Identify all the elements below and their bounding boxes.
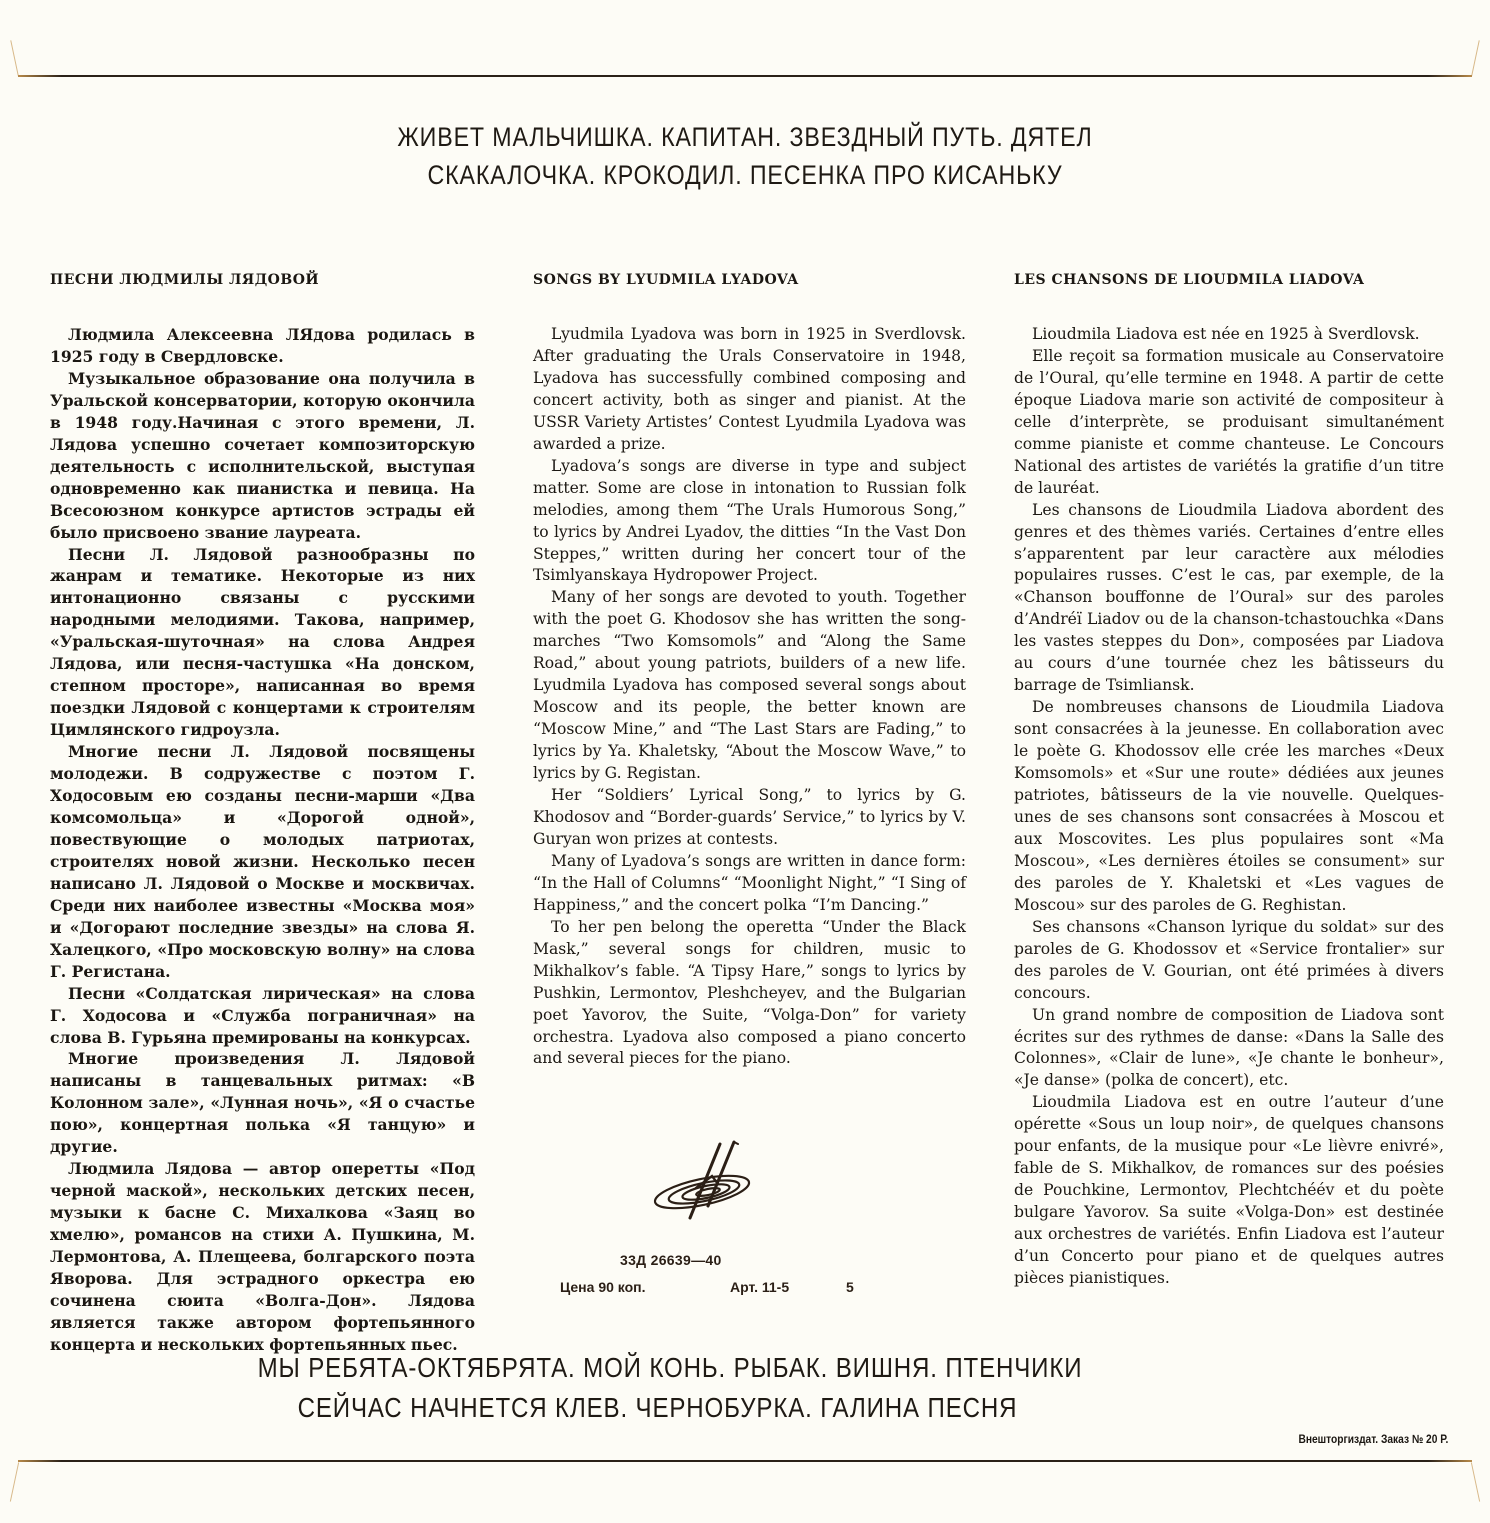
- paragraph: Lyudmila Lyadova was born in 1925 in Sve…: [533, 324, 966, 456]
- paragraph: Les chansons de Lioudmila Liadova aborde…: [1014, 500, 1444, 698]
- paragraph: To her pen belong the operetta “Under th…: [533, 917, 966, 1071]
- russian-heading: ПЕСНИ ЛЮДМИЛЫ ЛЯДОВОЙ: [50, 268, 475, 292]
- footer-titles-line-1: МЫ РЕБЯТА-ОКТЯБРЯТА. МОЙ КОНЬ. РЫБАК. ВИ…: [0, 1348, 1375, 1388]
- article-number: Арт. 11-5: [730, 1279, 789, 1295]
- paragraph: Многие песни Л. Лядовой посвящены моло­д…: [50, 741, 475, 982]
- paragraph: Lyadova’s songs are diverse in type and …: [533, 456, 966, 588]
- paragraph: Ses chansons «Chanson lyrique du soldat»…: [1014, 917, 1444, 1005]
- song-titles-footer: МЫ РЕБЯТА-ОКТЯБРЯТА. МОЙ КОНЬ. РЫБАК. ВИ…: [0, 1348, 1490, 1428]
- french-heading: LES CHANSONS DE LIOUDMILA LIADOVA: [1014, 268, 1444, 292]
- french-column: LES CHANSONS DE LIOUDMILA LIADOVA Lioudm…: [1014, 268, 1444, 1290]
- sleeve-fold-top-left: [10, 40, 18, 75]
- paragraph: Песни «Солдатская лирическая» на слова Г…: [50, 983, 475, 1049]
- price: Цена 90 коп.: [560, 1279, 646, 1295]
- bottom-divider: [18, 1460, 1472, 1462]
- paragraph: Многие произведения Л. Лядовой написаны …: [50, 1048, 475, 1158]
- paragraph: Музыкальное образование она получила в У…: [50, 368, 475, 544]
- footer-titles-line-2: СЕЙЧАС НАЧНЕТСЯ КЛЕВ. ЧЕРНОБУРКА. ГАЛИНА…: [0, 1388, 1373, 1428]
- paragraph: Many of her songs are devoted to youth. …: [533, 587, 966, 785]
- paragraph: Песни Л. Лядовой разнообразны по жанрам …: [50, 544, 475, 742]
- song-titles-line-1: ЖИВЕТ МАЛЬЧИШКА. КАПИТАН. ЗВЕЗДНЫЙ ПУТЬ.…: [104, 118, 1385, 156]
- catalog-number: 33Д 26639—40: [620, 1252, 722, 1268]
- top-divider: [18, 75, 1472, 77]
- paragraph: Lioudmila Liadova est née en 1925 à Sver…: [1014, 324, 1444, 346]
- sleeve-fold-top-right: [1471, 40, 1479, 75]
- publisher-imprint: Внешторгиздат. Заказ № 20 Р.: [1298, 1432, 1448, 1446]
- english-heading: SONGS BY LYUDMILA LYADOVA: [533, 268, 966, 292]
- paragraph: Elle reçoit sa formation musicale au Con…: [1014, 346, 1444, 500]
- melodiya-logo-icon: [650, 1140, 760, 1220]
- item-number: 5: [846, 1279, 854, 1295]
- russian-column: ПЕСНИ ЛЮДМИЛЫ ЛЯДОВОЙ Людмила Алексеевна…: [50, 268, 475, 1356]
- english-column: SONGS BY LYUDMILA LYADOVA Lyudmila Lyado…: [533, 268, 966, 1070]
- paragraph: Many of Lyadova’s songs are written in d…: [533, 851, 966, 917]
- song-titles-header: ЖИВЕТ МАЛЬЧИШКА. КАПИТАН. ЗВЕЗДНЫЙ ПУТЬ.…: [0, 118, 1490, 194]
- paragraph: Un grand nombre de composition de Liadov…: [1014, 1005, 1444, 1093]
- song-titles-line-2: СКАКАЛОЧКА. КРОКОДИЛ. ПЕСЕНКА ПРО КИСАНЬ…: [104, 156, 1385, 194]
- sleeve-fold-bottom-left: [10, 1462, 19, 1501]
- sleeve-fold-bottom-right: [1471, 1462, 1480, 1501]
- paragraph: De nombreuses chansons de Lioudmila Liad…: [1014, 697, 1444, 917]
- paragraph: Lioudmila Liadova est en outre l’auteur …: [1014, 1092, 1444, 1290]
- paragraph: Людмила Алексеевна ЛЯдова родилась в 192…: [50, 324, 475, 368]
- paragraph: Her “Soldiers’ Lyrical Song,” to lyrics …: [533, 785, 966, 851]
- paragraph: Людмила Лядова — автор оперетты «Под чер…: [50, 1158, 475, 1356]
